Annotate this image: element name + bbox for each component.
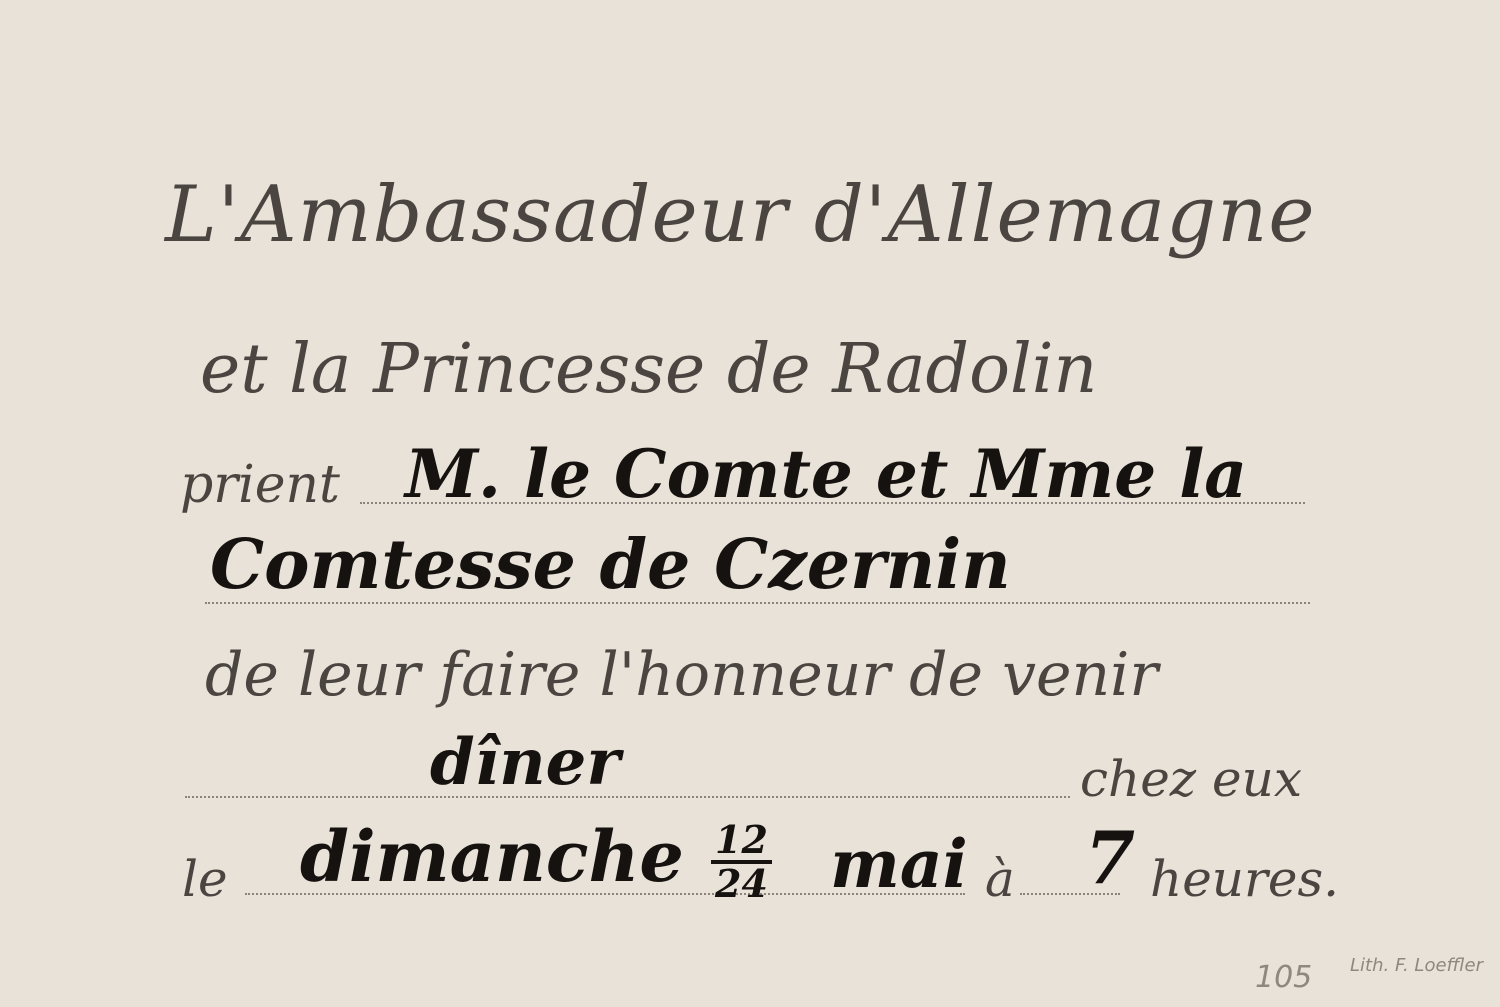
printer-mark: Lith. F. Loeffler [1350, 955, 1483, 976]
host-title: L'Ambassadeur d'Allemagne [165, 170, 1315, 260]
hour: 7 [1085, 815, 1135, 900]
request-text: de leur faire l'honneur de venir [205, 640, 1158, 710]
date-fraction: 12 24 [705, 820, 778, 904]
printed-le: le [182, 850, 228, 908]
printed-a: à [985, 850, 1015, 908]
date-old-style: 12 [711, 820, 772, 864]
printed-heures: heures. [1150, 850, 1339, 908]
day-of-week: dimanche [300, 815, 684, 898]
catalog-number: 105 [1255, 960, 1312, 995]
meal-type: dîner [430, 725, 620, 800]
printed-chez-eux: chez eux [1080, 750, 1302, 808]
host-princess: et la Princesse de Radolin [200, 330, 1097, 409]
date-new-style: 24 [711, 864, 772, 904]
month: mai [830, 825, 968, 903]
guest-line-2: Comtesse de Czernin [210, 525, 1011, 605]
fill-line-3 [185, 796, 1070, 798]
guest-line-1: M. le Comte et Mme la [405, 435, 1247, 513]
printed-prient: prient [180, 455, 340, 515]
